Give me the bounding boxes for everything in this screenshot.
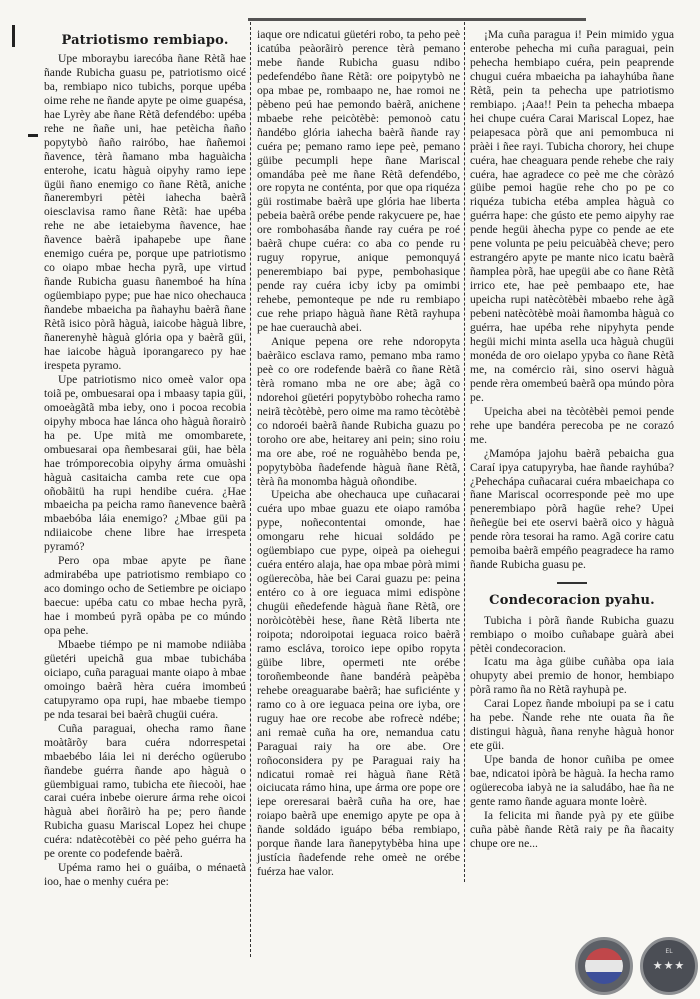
- column-divider: [464, 22, 465, 882]
- margin-mark: [12, 25, 15, 47]
- newspaper-page: Patriotismo rembiapo. Upe mboraybu iarec…: [0, 0, 700, 999]
- paragraph: iaque ore ndicatui güetéri robo, ta peho…: [257, 28, 460, 335]
- flag-icon: [585, 948, 623, 984]
- three-stars-seal-icon: EL ★★★: [640, 937, 698, 995]
- paragraph: Upe mboraybu iarecóba ñane Rètã hae ñand…: [44, 52, 246, 373]
- paragraph: Upeicha abei na tècòtèbèi pemoi pende re…: [470, 405, 674, 447]
- article-headline: Condecoracion pyahu.: [470, 594, 674, 608]
- column-1: Patriotismo rembiapo. Upe mboraybu iarec…: [44, 34, 246, 889]
- paraguay-flag-seal-icon: [575, 937, 633, 995]
- seal-label: EL: [643, 948, 695, 955]
- paragraph: Upe patriotismo nico omeè valor opa toiã…: [44, 373, 246, 554]
- paragraph: Ia felicita mi ñande pyà py ete güibe cu…: [470, 809, 674, 851]
- article-headline: Patriotismo rembiapo.: [44, 34, 246, 48]
- column-divider: [250, 22, 251, 957]
- paragraph: Cuña paraguai, ohecha ramo ñane moàtãrõy…: [44, 722, 246, 862]
- paragraph: Upe banda de honor cuñiba pe omee bae, n…: [470, 753, 674, 809]
- paragraph: ¿Mamópa jajohu baèrã pebaicha gua Caraí …: [470, 447, 674, 573]
- margin-mark: [28, 134, 38, 137]
- paragraph: Carai Lopez ñande mboiupi pa se i catu h…: [470, 697, 674, 753]
- paragraph: Upéma ramo hei o guáiba, o ménaetà ioo, …: [44, 861, 246, 889]
- paragraph: Anique pepena ore rehe ndoropyta baèrãic…: [257, 335, 460, 488]
- header-rule: [248, 18, 586, 21]
- paragraph: Pero opa mbae apyte pe ñane admirabéba u…: [44, 554, 246, 638]
- column-2: iaque ore ndicatui güetéri robo, ta peho…: [257, 28, 460, 879]
- paragraph: Upeicha abe ohechauca upe cuñacarai cuér…: [257, 488, 460, 879]
- stars-icon: ★★★: [643, 959, 695, 972]
- paragraph: ¡Ma cuña paragua i! Pein mimido ygua ent…: [470, 28, 674, 405]
- paragraph: Tubicha i pòrã ñande Rubicha guazu rembi…: [470, 614, 674, 656]
- section-separator: [557, 582, 587, 584]
- column-3: ¡Ma cuña paragua i! Pein mimido ygua ent…: [470, 28, 674, 851]
- paragraph: Mbaebe tiémpo pe ni mamobe ndiiàba güeté…: [44, 638, 246, 722]
- paragraph: Icatu ma àga güibe cuñàba opa iaia ohupy…: [470, 655, 674, 697]
